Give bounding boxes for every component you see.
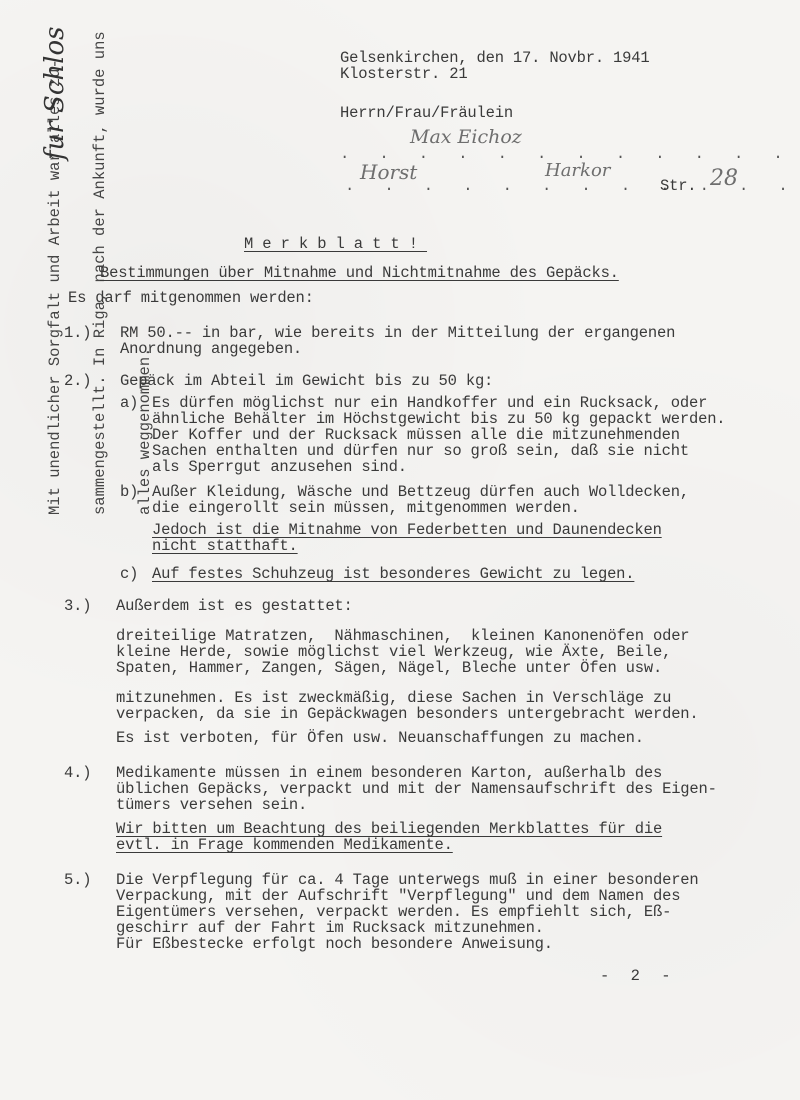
item-2a-letter: a) [120,395,138,411]
salutation: Herrn/Frau/Fräulein [340,105,513,121]
place-date: Gelsenkirchen, den 17. Novbr. 1941 [340,50,649,66]
item-2a-line-2: ähnliche Behälter im Höchstgewicht bis z… [152,411,725,427]
item-4-line-2: üblichen Gepäcks, verpackt und mit der N… [116,781,717,797]
sender-address: Klosterstr. 21 [340,66,467,82]
item-3-para1-line-1: dreiteilige Matratzen, Nähmaschinen, kle… [116,628,689,644]
document-title: Merkblatt! [244,236,427,252]
item-4-number: 4.) [64,765,91,781]
item-2c-line-1: Auf festes Schuhzeug ist besonderes Gewi… [152,566,634,582]
item-2b-note-line-2: nicht statthaft. [152,538,298,554]
item-4-note-line-1: Wir bitten um Beachtung des beiliegenden… [116,821,662,837]
item-4-line-3: tümers versehen sein. [116,797,307,813]
item-3-number: 3.) [64,598,91,614]
item-2a-line-4: Sachen enthalten und dürfen nur so groß … [152,443,689,459]
item-5-line-4: geschirr auf der Fahrt im Rucksack mitzu… [116,920,544,936]
item-4-line-1: Medikamente müssen in einem besonderen K… [116,765,662,781]
item-2a-line-1: Es dürfen möglichst nur ein Handkoffer u… [152,395,707,411]
item-3-heading: Außerdem ist es gestattet: [116,598,353,614]
item-5-line-1: Die Verpflegung für ca. 4 Tage unterwegs… [116,872,699,888]
item-4-note-line-2: evtl. in Frage kommenden Medikamente. [116,837,453,853]
document-subtitle: Bestimmungen über Mitnahme und Nichtmitn… [100,265,619,281]
item-3-para2-line-1: mitzunehmen. Es ist zweckmäßig, diese Sa… [116,690,671,706]
item-2b-line-1: Außer Kleidung, Wäsche und Bettzeug dürf… [152,484,689,500]
item-1-number: 1.) [64,325,91,341]
item-1-line-2: Anordnung angegeben. [120,341,302,357]
intro-line: Es darf mitgenommen werden: [68,290,314,306]
item-2b-line-2: die eingerollt sein müssen, mitgenommen … [152,500,580,516]
item-2c-letter: c) [120,566,138,582]
item-5-line-3: Eigentümers versehen, verpackt werden. E… [116,904,671,920]
item-2-heading: Gepäck im Abteil im Gewicht bis zu 50 kg… [120,373,493,389]
handwritten-house-number: 28 [710,166,738,191]
item-3-para2-line-2: verpacken, da sie in Gepäckwagen besonde… [116,706,699,722]
item-2b-note-line-1: Jedoch ist die Mitnahme von Federbetten … [152,522,662,538]
item-5-number: 5.) [64,872,91,888]
item-2a-line-3: Der Koffer und der Rucksack müssen alle … [152,427,680,443]
item-3-para1-line-2: kleine Herde, sowie möglichst viel Werkz… [116,644,671,660]
item-2-number: 2.) [64,373,91,389]
item-2b-letter: b) [120,484,138,500]
item-5-line-5: Für Eßbestecke erfolgt noch besondere An… [116,936,553,952]
item-5-line-2: Verpackung, mit der Aufschrift "Verpfleg… [116,888,680,904]
side-signature: fur Schlos [40,27,70,161]
item-2a-line-5: als Sperrgut anzusehen sind. [152,459,407,475]
page-number: - 2 - [600,968,677,984]
item-3-para3: Es ist verboten, für Öfen usw. Neuanscha… [116,730,644,746]
document-page: Mit unendlicher Sorgfalt und Arbeit war … [0,0,800,1100]
street-suffix: Str. [660,178,696,194]
item-1-line-1: RM 50.-- in bar, wie bereits in der Mitt… [120,325,675,341]
item-3-para1-line-3: Spaten, Hammer, Zangen, Sägen, Nägel, Bl… [116,660,662,676]
